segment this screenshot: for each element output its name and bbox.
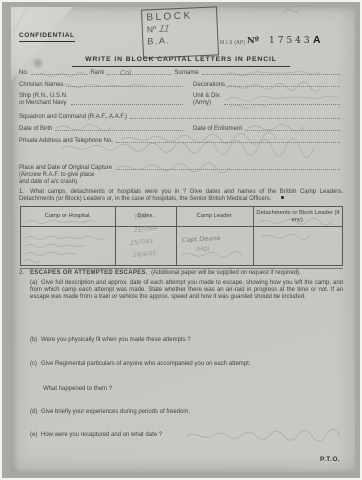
question-2b-key: (b) [30, 337, 41, 344]
stamp-no-label: Nº [147, 24, 157, 34]
table-cell-block-leader [254, 227, 342, 265]
field-label-surname: Surname [174, 70, 198, 76]
row-decorations: Decorations [193, 82, 343, 88]
table-cell-camp [21, 227, 116, 265]
row-date-of-enlistment: Date of Enlistment [193, 126, 343, 132]
question-2-number: 2. [19, 270, 30, 277]
field-label-address: Private Address and Telephone No. [19, 138, 113, 144]
question-2c-text: Give Regimental particulars of anyone wh… [41, 361, 250, 367]
document-content: CONFIDENTIAL BLOCK Nº 11 B.A. M.I.9 (AP)… [0, 0, 362, 480]
field-label-unit-line2: (Army) [193, 100, 221, 107]
field-label-ship: Ship (R.N., U.S.N.or Merchant Navy [19, 93, 68, 106]
capture-line3: and date of a/c crash). [19, 179, 79, 185]
table-header-block-leader: Detachments or Block Leader (if any). [254, 207, 342, 226]
field-label-rank: Rank [90, 70, 104, 76]
question-2b: (b)Were you physically fit when you made… [30, 337, 343, 344]
question-2d-text: Give briefly your experiences during per… [41, 409, 190, 415]
dotted-line [245, 129, 340, 131]
pencil-rank-value: Col [120, 70, 131, 77]
table-header-camp: Camp or Hospital. [21, 207, 116, 226]
field-label-no: No. [19, 70, 28, 76]
question-2c-followup-text: What happened to them ? [43, 386, 112, 392]
row-squadron: Squadron and Command (R.A.F., A.A.F.) [19, 114, 343, 120]
question-2e-key: (e) [30, 432, 41, 439]
question-2e-text: How were you recaptured and on what date… [41, 432, 162, 438]
row-capture: Place and Date of Original Capture [19, 165, 343, 171]
question-1: 1.What camps, detachments or hospitals w… [19, 189, 343, 203]
row-no-rank-surname: No. Rank Surname [19, 70, 343, 76]
stamp-no-handwritten: 11 [158, 23, 170, 35]
question-2a-key: (a) [30, 280, 41, 287]
question-2-heading: ESCAPES OR ATTEMPTED ESCAPES. [30, 270, 148, 276]
question-2b-text: Were you physically fit when you made th… [41, 337, 191, 343]
dotted-line [130, 117, 340, 119]
confidential-label: CONFIDENTIAL [19, 32, 75, 42]
dotted-line [115, 168, 340, 170]
question-2c: (c)Give Regimental particulars of anyone… [30, 361, 343, 368]
dotted-line [66, 85, 183, 87]
camps-table-header: Camp or Hospital. Dates. Camp Leader. De… [21, 207, 342, 227]
serial-grade: A [313, 34, 321, 46]
question-2d-key: (d) [30, 409, 41, 416]
serial-prefix: Nº [247, 36, 259, 46]
block-stamp: BLOCK Nº 11 B.A. [141, 6, 219, 58]
row-ship: Ship (R.N., U.S.N.or Merchant Navy [19, 93, 186, 106]
field-label-unit-line1: Unit & Div. [193, 93, 221, 100]
table-header-leader: Camp Leader. [177, 207, 254, 226]
dotted-line [107, 73, 171, 75]
field-label-christian-names: Christian Names [19, 82, 63, 88]
question-2a: (a)Give full description and approx. dat… [30, 280, 343, 300]
question-2d: (d)Give briefly your experiences during … [30, 409, 343, 416]
capture-line2: (Aircrew R.A.F. to give place [19, 172, 94, 178]
form-reference: M.I.9 (AP) [220, 40, 246, 46]
row-date-of-birth: Date of Birth [19, 126, 186, 132]
question-2c-followup: What happened to them ? [43, 386, 343, 393]
pto-label: P.T.O. [320, 456, 340, 463]
row-unit: Unit & Div.(Army) [193, 93, 343, 106]
dotted-line [31, 73, 87, 75]
pencil-camp-leader: Capt Deane [182, 235, 221, 243]
question-1-text: What camps, detachments or hospitals wer… [19, 189, 343, 202]
table-cell-leader [177, 227, 254, 265]
camps-table-body [21, 227, 342, 265]
question-2-heading-row: 2.ESCAPES OR ATTEMPTED ESCAPES. (Additio… [19, 270, 343, 277]
dotted-line [55, 129, 183, 131]
dotted-line [224, 103, 340, 105]
dotted-line [71, 103, 183, 105]
field-label-unit: Unit & Div.(Army) [193, 93, 221, 106]
field-label-ship-line2: or Merchant Navy [19, 100, 68, 107]
serial-number: 17543 [269, 36, 313, 46]
question-1-number: 1. [19, 189, 30, 196]
question-2e: (e)How were you recaptured and on what d… [30, 432, 343, 439]
question-2a-text: Give full description and approx. date o… [30, 280, 343, 300]
pencil-camp-leader-2: (HQ) [196, 247, 210, 254]
field-label-date-of-enlistment: Date of Enlistment [193, 126, 242, 132]
question-2c-key: (c) [30, 361, 41, 368]
field-label-decorations: Decorations [193, 82, 225, 88]
question-2-note: (Additional paper will be supplied on re… [151, 270, 301, 276]
field-label-date-of-birth: Date of Birth [19, 126, 52, 132]
dotted-line [228, 85, 340, 87]
dotted-line [202, 73, 340, 75]
field-label-squadron: Squadron and Command (R.A.F., A.A.F.) [19, 114, 127, 120]
stamp-line3: B.A. [147, 34, 213, 47]
capture-line1: Place and Date of Original Capture [19, 165, 112, 171]
row-address: Private Address and Telephone No. [19, 138, 343, 144]
instruction-title: WRITE IN BLOCK CAPITAL LETTERS IN PENCIL [72, 56, 290, 67]
field-label-ship-line1: Ship (R.N., U.S.N. [19, 93, 68, 100]
dotted-line [116, 141, 340, 143]
row-christian-names: Christian Names [19, 82, 186, 88]
